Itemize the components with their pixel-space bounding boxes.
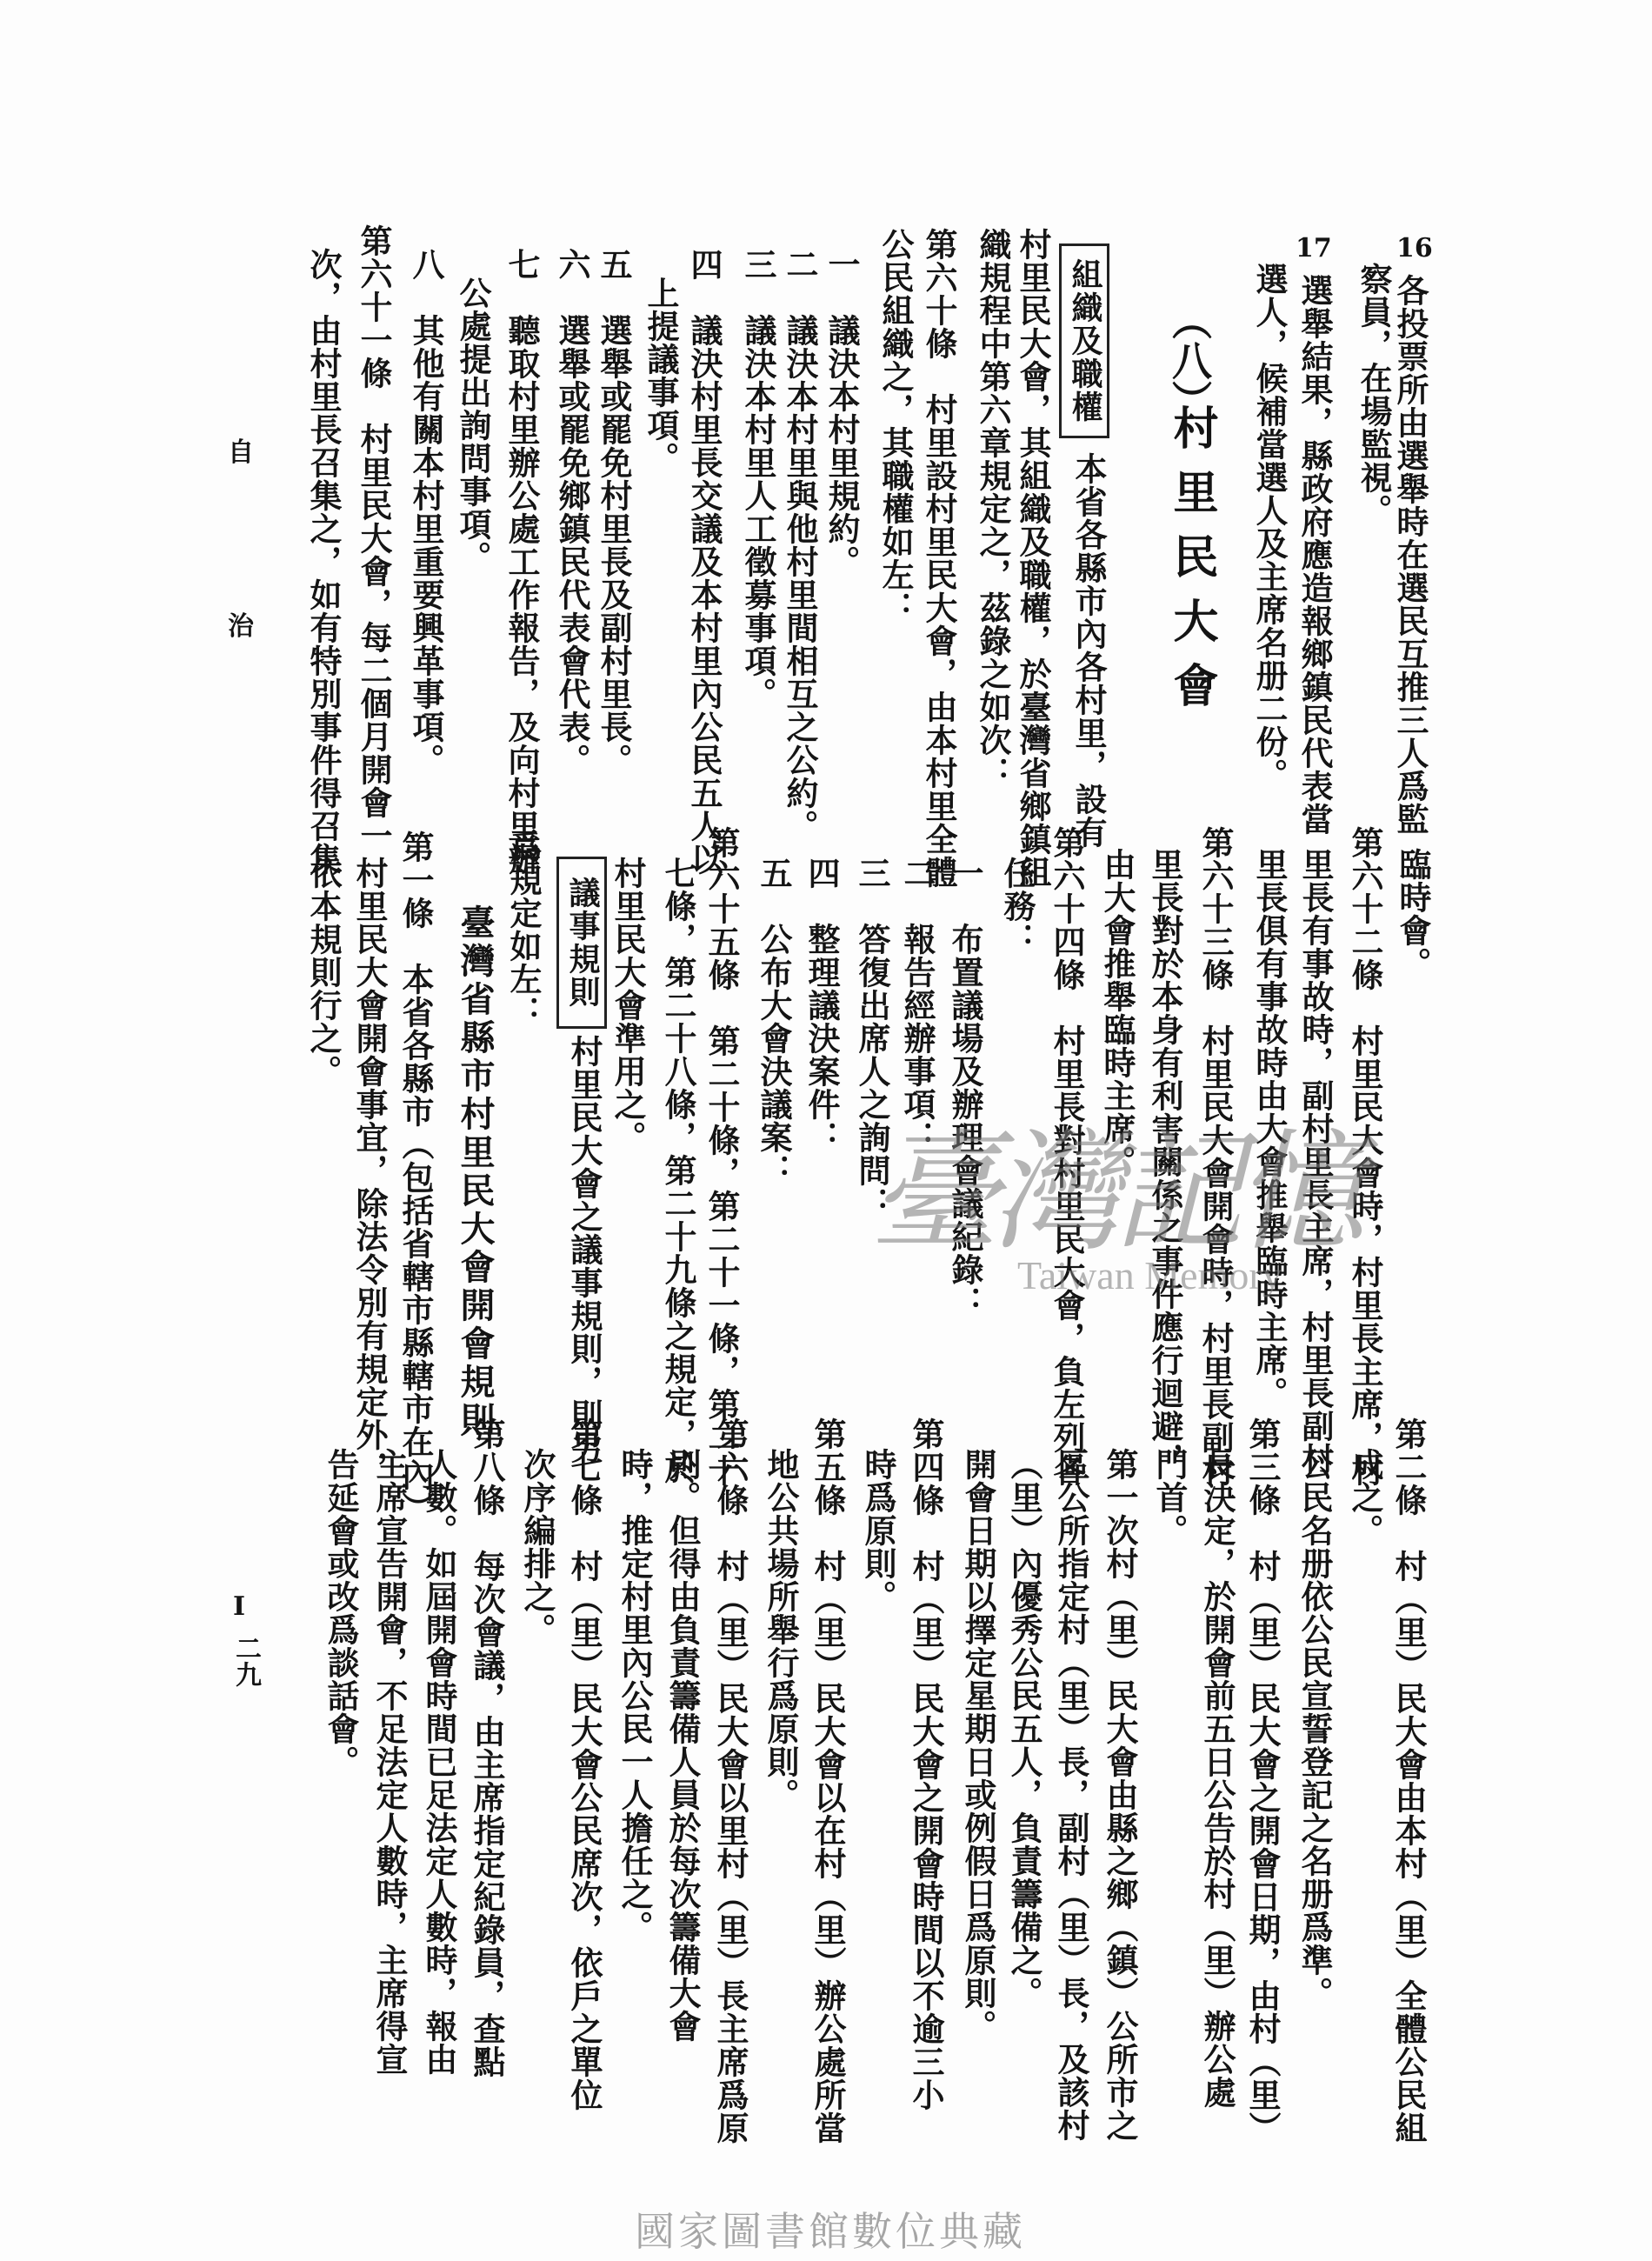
text-column: 里長對於本身有利害關係之事件應行迴避， xyxy=(1148,848,1182,1476)
text-column: 織規程中第六章規定之，茲錄之如次： xyxy=(976,228,1010,790)
text-column: 公民組織之，其職權如左： xyxy=(878,228,913,624)
scanned-document-page: 自 治 I 二九 16 各投票所由選舉時在選民互推三人爲監 察員，在場監視。 1… xyxy=(0,0,1652,2261)
text-column: 村里民大會準用之。 xyxy=(610,857,645,1154)
item-number-16: 16 xyxy=(1396,233,1433,263)
text-column: （里）內優秀公民五人，負責籌備之。 xyxy=(1007,1448,1042,2010)
text-column: 時，推定村里內公民一人擔任之。 xyxy=(617,1448,652,1944)
text-column: 各投票所由選舉時在選民互推三人爲監 xyxy=(1393,274,1428,836)
text-column: 第一次村（里）民大會由縣之鄉（鎮）公所市之 xyxy=(1102,1448,1137,2142)
box-label-rules: 議事規則 xyxy=(556,857,607,1029)
text-column: 第六十五條 第二十條，第二十一條，第二十 xyxy=(704,826,739,1487)
text-column: 第七條 村（里）民大會公民席次，依戶之單位 xyxy=(567,1417,602,2111)
text-column: 三 答復出席人之詢問： xyxy=(855,857,889,1220)
text-column: 公處提出詢問事項。 xyxy=(456,277,490,574)
text-column: 第五條 村（里）民大會以在村（里）辦公處所當 xyxy=(810,1417,845,2144)
text-column: 次，由村里長召集之，如有特別事件得召集 xyxy=(306,248,341,876)
text-column: 上提議事項。 xyxy=(643,277,678,475)
item-number-17: 17 xyxy=(1296,233,1332,263)
text-column: 主席宣告開會，不足法定人數時，主席得宣 xyxy=(372,1448,407,2076)
text-column: 選人，候補當選人及主席名册二份。 xyxy=(1252,263,1287,791)
text-column: 門首。 xyxy=(1152,1448,1187,1547)
text-column: 村里民大會之議事規則，則另 xyxy=(567,1035,602,1464)
text-column: 告延會或改爲談話會。 xyxy=(323,1448,358,1778)
text-column: 一 議決本村里規約。 xyxy=(824,248,859,578)
text-column: 本省各縣市內各村里，設有 xyxy=(1071,452,1106,849)
text-column: 時爲原則。 xyxy=(861,1448,896,1613)
text-column: 第四條 村（里）民大會之開會時間以不逾三小 xyxy=(909,1417,943,2111)
footer-attribution: 國家圖書館數位典藏 xyxy=(635,2200,1026,2258)
text-column: 選舉結果，縣政府應造報鄉鎮民代表當 xyxy=(1297,274,1332,836)
text-column: 成之。 xyxy=(1348,1448,1382,1547)
text-column: 第一條 本省各縣市（包括省轄市縣轄市在內） xyxy=(398,830,433,1524)
text-column: 則。但得由負責籌備人員於每次籌備大會 xyxy=(665,1448,700,2043)
text-column: 八 其他有關本村里重要興革事項。 xyxy=(409,248,443,777)
box-label-organization: 組織及職權 xyxy=(1059,243,1109,438)
text-column: 第三條 村（里）民大會之開會日期，由村（里） xyxy=(1245,1417,1280,2144)
section-title: 村里民大會 xyxy=(1159,404,1224,726)
section-number: （八） xyxy=(1161,300,1218,420)
text-column: 一 布置議場及辦理會議紀錄： xyxy=(948,857,983,1319)
text-column: 五 公布大會決議案： xyxy=(756,857,791,1187)
text-column: 七 聽取村里辦公處工作報告，及向村里辦 xyxy=(504,248,539,876)
text-column: 人數。如屆開會時間已足法定人數時，報由 xyxy=(422,1448,456,2076)
text-column: 第八條 每次會議，由主席指定紀錄員，查點 xyxy=(470,1417,504,2078)
text-column: 三 議決本村里人工徵募事項。 xyxy=(741,248,776,710)
text-column: 第六條 村（里）民大會以里村（里）長主席爲原 xyxy=(713,1417,748,2144)
text-column: 察員，在場監視。 xyxy=(1356,263,1391,527)
page-number-prefix: I xyxy=(233,1591,245,1622)
text-column: 臨時會。 xyxy=(1396,848,1430,980)
text-column: 第六十三條 村里民大會開會時，村里長副村 xyxy=(1198,826,1233,1487)
text-column: 里長俱有事故時由大會推舉臨時主席。 xyxy=(1252,848,1287,1410)
text-column: 村里民大會開會事宜，除法令別有規定外， xyxy=(352,857,387,1484)
text-column: 五 選舉或罷免村里長及副村里長。 xyxy=(596,248,631,777)
margin-header-char-1: 自 xyxy=(228,430,254,469)
text-column: 里長有事故時，副村里長主席，村里長副村 xyxy=(1298,848,1333,1476)
text-column: 二 報告經辦事項： xyxy=(900,857,935,1154)
rules-subtitle: 臺灣省縣市村里民大會開會規則 xyxy=(450,904,500,1440)
page-number: 二九 xyxy=(226,1635,264,1687)
text-column: 開會日期以擇定星期日或例假日爲原則。 xyxy=(961,1448,996,2043)
text-column: 區公所指定村（里）長，副村（里）長，及該村 xyxy=(1054,1448,1089,2142)
margin-header-char-2: 治 xyxy=(228,604,254,643)
text-column: 四 整理議決案件： xyxy=(804,857,839,1154)
text-column: 第六十四條 村里長對村里民大會，負左列各 xyxy=(1049,826,1084,1487)
text-column: 任務： xyxy=(1000,857,1035,956)
text-column: 第六十二條 村里民大會時，村里長主席，村 xyxy=(1348,826,1382,1487)
text-column: 第六十條 村里設村里民大會，由本村里全體 xyxy=(922,228,956,889)
text-column: 爲規定如左： xyxy=(506,830,541,1029)
text-column: 四 議決村里長交議及本村里內公民五人以 xyxy=(687,248,722,876)
text-column: 依本規則行之。 xyxy=(306,857,341,1088)
text-column: 長決定，於開會前五日公告於村（里）辦公處 xyxy=(1200,1448,1235,2109)
text-column: 村里民大會，其組織及職權，於臺灣省鄉鎮組 xyxy=(1016,228,1050,889)
text-column: 公民名册依公民宣誓登記之名册爲準。 xyxy=(1297,1448,1332,2010)
text-column: 第二條 村（里）民大會由本村（里）全體公民組 xyxy=(1391,1417,1426,2144)
text-column: 七條，第二十八條，第二十九條之規定，於 xyxy=(661,857,696,1484)
text-column: 六 選舉或罷免鄉鎮民代表會代表。 xyxy=(555,248,590,777)
text-column: 次序編排之。 xyxy=(520,1448,555,1646)
text-column: 由大會推舉臨時主席。 xyxy=(1100,848,1135,1178)
text-column: 二 議決本村里與他村里間相互之公約。 xyxy=(783,248,817,843)
text-column: 第六十一條 村里民大會，每二個月開會一 xyxy=(356,224,391,852)
text-column: 地公共場所舉行爲原則。 xyxy=(763,1448,798,1811)
